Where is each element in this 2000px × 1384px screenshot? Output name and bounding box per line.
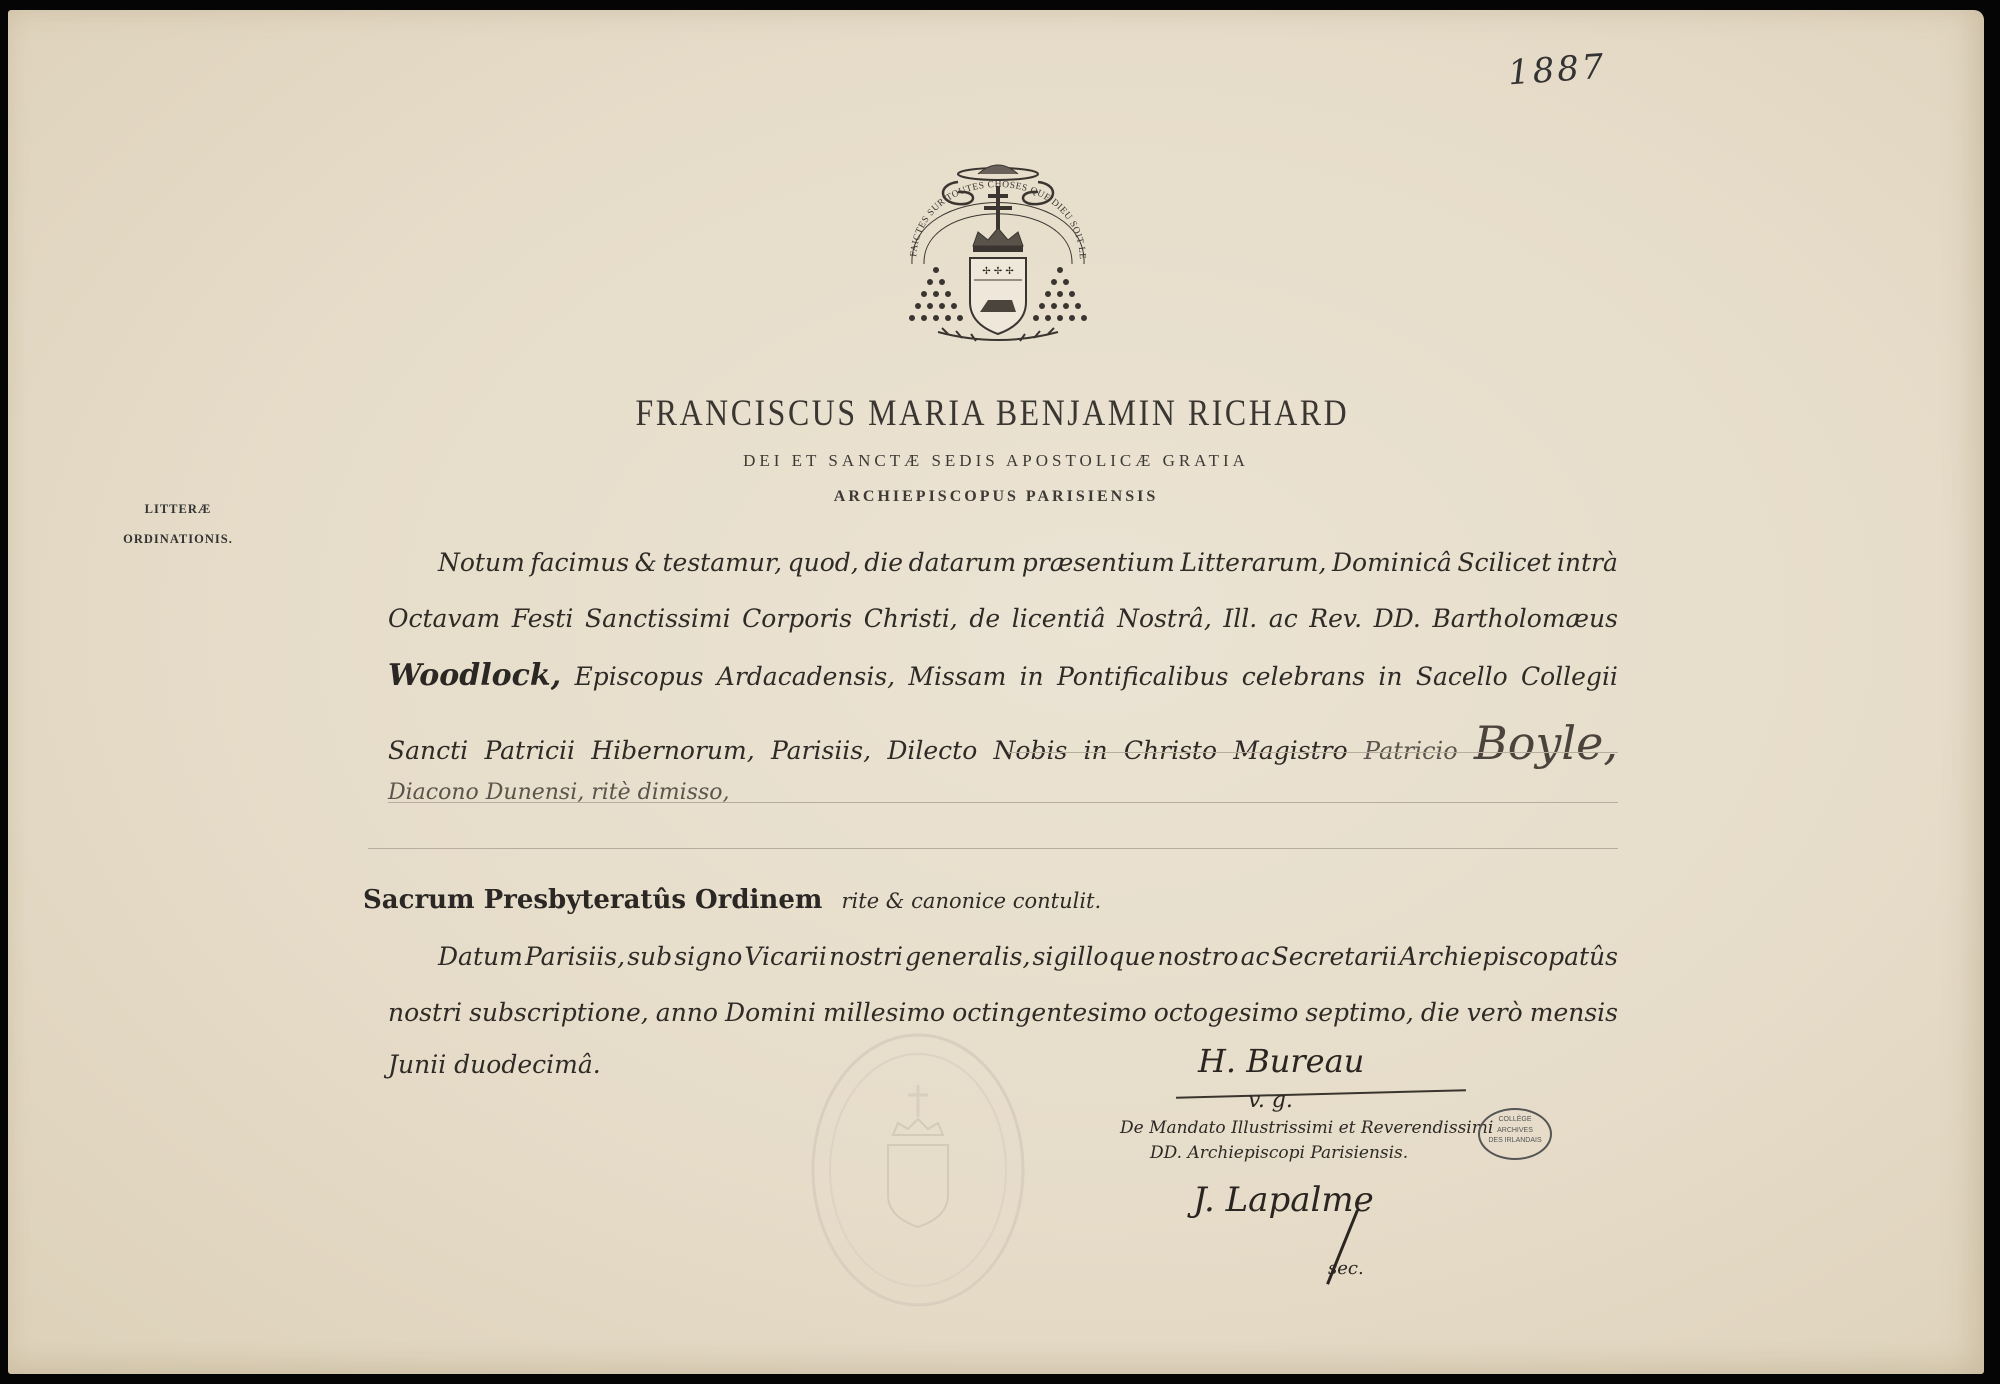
stamp-line: COLLÈGE	[1480, 1113, 1550, 1126]
word: signo	[674, 942, 742, 971]
word: Pontificalibus	[1057, 662, 1229, 691]
vicar-general-title: v. g.	[1248, 1088, 1293, 1113]
word: Christo	[1124, 736, 1217, 765]
dating-line-3: Junii duodecimâ.	[388, 1050, 601, 1079]
word: Vicarii	[744, 942, 826, 971]
word: præsentium	[1022, 548, 1175, 577]
word: Nobis	[994, 736, 1068, 765]
word: octingentesimo	[952, 998, 1147, 1027]
word: Sacello	[1416, 662, 1508, 691]
word: nostri	[388, 998, 462, 1027]
word: licentiâ	[1012, 604, 1106, 633]
order-conferred-line: Sacrum Presbyteratûs Ordinem rite & cano…	[363, 885, 1101, 915]
word: subscriptione,	[469, 998, 649, 1027]
dating-line-2: nostri subscriptione, anno Domini milles…	[388, 998, 1618, 1027]
archives-stamp: COLLÈGE ARCHIVES DES IRLANDAIS	[1478, 1108, 1552, 1160]
word: Corporis	[742, 604, 852, 633]
word: Nostrâ,	[1117, 604, 1212, 633]
word: ac	[1269, 604, 1298, 633]
word: Sanctissimi	[585, 604, 731, 633]
order-name: Sacrum Presbyteratûs Ordinem	[363, 885, 822, 915]
svg-text:✢ ✢ ✢: ✢ ✢ ✢	[982, 266, 1014, 277]
word: in	[1020, 662, 1044, 691]
fill-in-rule	[388, 802, 1618, 803]
bishop-surname: Woodlock,	[388, 658, 561, 693]
order-conferral-text: rite & canonice contulit.	[842, 889, 1102, 913]
word: Hibernorum,	[591, 736, 754, 765]
word: mensis	[1530, 998, 1618, 1027]
word: Scilicet	[1457, 548, 1551, 577]
mandate-line-1: De Mandato Illustrissimi et Reverendissi…	[1120, 1118, 1493, 1138]
word: Litterarum,	[1180, 548, 1326, 577]
word: Parisiis,	[525, 942, 625, 971]
word: in	[1084, 736, 1108, 765]
word: Secretarii	[1272, 942, 1398, 971]
word: Ardacadensis,	[717, 662, 895, 691]
fill-in-rule	[368, 848, 1618, 849]
body-line-2: Octavam Festi Sanctissimi Corporis Chris…	[388, 604, 1618, 633]
word: Patricii	[484, 736, 575, 765]
word: Parisiis,	[771, 736, 871, 765]
word: in	[1378, 662, 1402, 691]
word: Christi,	[864, 604, 958, 633]
title-line-gratia: DEI ET SANCTÆ SEDIS APOSTOLICÆ GRATIA	[8, 451, 1984, 471]
word: Ill.	[1223, 604, 1257, 633]
word: sub	[627, 942, 672, 971]
word: Domini	[725, 998, 816, 1027]
margin-label-litterae: LITTERÆ	[103, 502, 253, 517]
word: generalis,	[905, 942, 1030, 971]
word: Festi	[512, 604, 574, 633]
recipient-first-name: Patricio	[1364, 737, 1458, 765]
word: octogesimo	[1154, 998, 1299, 1027]
word: ac	[1241, 942, 1270, 971]
coat-of-arms-icon: FAICTES SUR TOUTES CHOSES QUE DIEU SOIT …	[898, 142, 1098, 352]
title-line-office: ARCHIEPISCOPUS PARISIENSIS	[8, 488, 1984, 506]
fill-in-rule	[1008, 752, 1618, 753]
word: de	[969, 604, 1000, 633]
word: die	[864, 548, 903, 577]
body-line-1: Notum facimus & testamur, quod, die data…	[438, 548, 1618, 577]
secretary-title: sec.	[1328, 1258, 1364, 1279]
word: Episcopus	[574, 662, 703, 691]
word: anno	[656, 998, 718, 1027]
word: DD.	[1374, 604, 1421, 633]
word: facimus	[530, 548, 629, 577]
stamp-line: DES IRLANDAIS	[1480, 1135, 1550, 1147]
word: verò	[1467, 998, 1523, 1027]
word: Sancti	[388, 736, 468, 765]
archive-year-annotation: 1887	[1507, 47, 1608, 94]
word: &	[635, 548, 657, 577]
certificate-paper: 1887 FAICTES SUR TOUTES CHOSES QUE DIEU …	[8, 10, 1984, 1374]
stamp-line: ARCHIVES	[1480, 1126, 1550, 1135]
archbishop-name-heading: FRANCISCUS MARIA BENJAMIN RICHARD	[143, 392, 1842, 435]
word: Archiepiscopatûs	[1399, 942, 1618, 971]
word: datarum	[909, 548, 1017, 577]
word: sigilloque	[1033, 942, 1156, 971]
word: Dominicâ	[1332, 548, 1452, 577]
word: nostri	[829, 942, 903, 971]
word: intrà	[1557, 548, 1618, 577]
word: Collegii	[1521, 662, 1618, 691]
margin-label-ordinationis: ORDINATIONIS.	[103, 532, 253, 547]
word: Bartholomæus	[1432, 604, 1618, 633]
word: septimo,	[1305, 998, 1413, 1027]
signature-flourish	[1176, 1089, 1466, 1099]
word: Dilecto	[887, 736, 977, 765]
word: nostro	[1157, 942, 1238, 971]
word: celebrans	[1242, 662, 1365, 691]
word: Octavam	[388, 604, 500, 633]
word: Notum	[438, 548, 525, 577]
dating-line-1: Datum Parisiis, sub signo Vicarii nostri…	[438, 942, 1618, 971]
mandate-line-2: DD. Archiepiscopi Parisiensis.	[1150, 1143, 1408, 1163]
word: Rev.	[1309, 604, 1362, 633]
word: Magistro	[1233, 736, 1347, 765]
body-line-4: Sancti Patricii Hibernorum, Parisiis, Di…	[388, 716, 1618, 770]
word: Missam	[908, 662, 1006, 691]
embossed-seal-icon	[803, 1025, 1033, 1315]
word: quod,	[788, 548, 859, 577]
word: Datum	[438, 942, 523, 971]
secretary-signature: J. Lapalme	[1193, 1180, 1374, 1220]
vicar-general-signature: H. Bureau	[1198, 1042, 1364, 1080]
word: die	[1421, 998, 1460, 1027]
recipient-surname: Boyle,	[1474, 716, 1618, 770]
word: millesimo	[823, 998, 945, 1027]
body-line-3: Woodlock, Episcopus Ardacadensis, Missam…	[388, 658, 1618, 693]
word: testamur,	[662, 548, 782, 577]
